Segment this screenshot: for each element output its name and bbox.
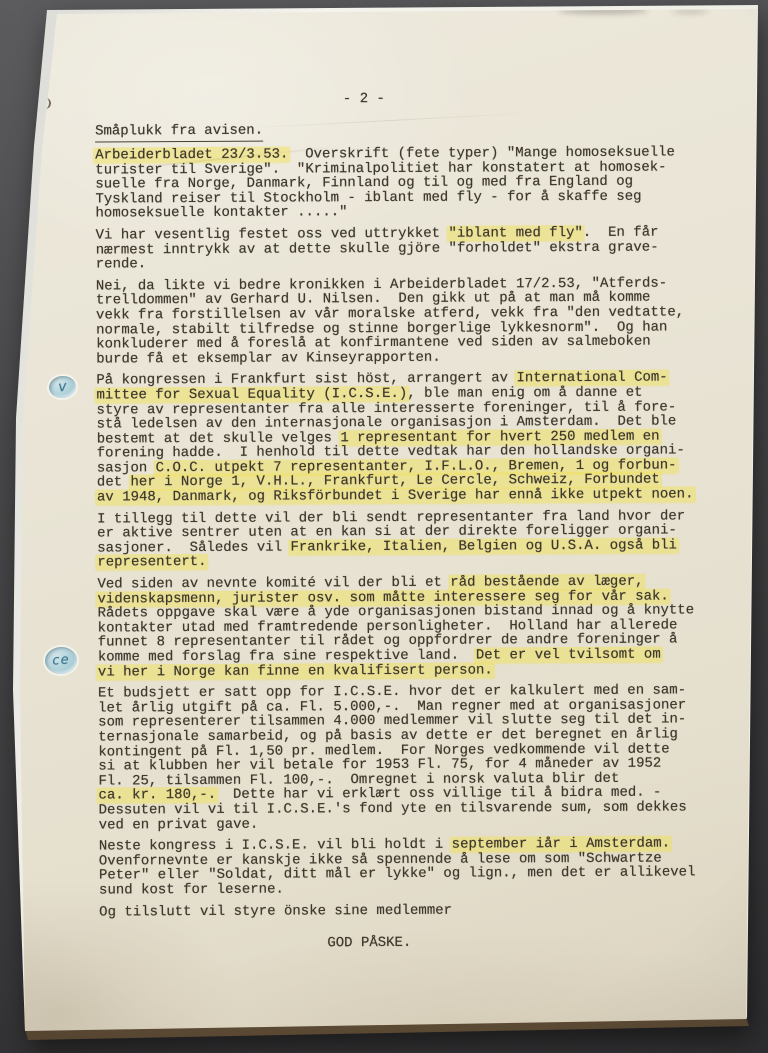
document-heading: Småplukk fra avisen. <box>95 123 263 143</box>
text-line: vi her i Norge kan finne en kvalifisert … <box>98 662 720 680</box>
annotation-letter: v <box>58 379 68 396</box>
text-segment: nærmest inntrykk av at dette skulle gjör… <box>96 239 659 258</box>
document-body: Arbeiderbladet 23/3.53. Overskrift (fete… <box>95 145 721 952</box>
paragraph: Og tilslutt vil styre önske sine medlemm… <box>99 902 721 920</box>
annotation-letter: ce <box>52 652 70 668</box>
highlighted-segment: Det er vel tvilsomt om <box>474 647 663 664</box>
paragraph: I tillegg til dette vil der bli sendt re… <box>97 509 719 571</box>
text-segment: homoseksuelle kontakter ....." <box>95 205 347 222</box>
paragraph: Et budsjett er satt opp for I.C.S.E. hvo… <box>98 683 721 832</box>
text-line: Og tilslutt vil styre önske sine medlemm… <box>99 902 721 920</box>
paragraph: På kongressen i Frankfurt sist höst, arr… <box>96 371 719 506</box>
highlighted-segment: av 1948, Danmark, og Riksförbundet i Sve… <box>95 486 696 505</box>
text-line: av 1948, Danmark, og Riksförbundet i Sve… <box>97 487 719 505</box>
paper-stack: - 2 - Småplukk fra avisen. Arbeiderblade… <box>0 0 768 1053</box>
scanned-document-photo: - 2 - Småplukk fra avisen. Arbeiderblade… <box>0 0 768 1053</box>
text-line: nærmest inntrykk av at dette skulle gjör… <box>96 240 718 258</box>
text-line: sund kost for leserne. <box>99 880 721 898</box>
text-line: Dessuten vil vi til I.C.S.E.'s fond yte … <box>99 800 721 818</box>
text-segment: Og tilslutt vil styre önske sine medlemm… <box>99 902 452 920</box>
text-line: ved en privat gave. <box>99 815 721 833</box>
text-line: burde få et eksemplar av Kinseyrapporten… <box>96 349 718 367</box>
highlighted-segment: representert. <box>95 554 208 571</box>
paragraph: Nei, da likte vi bedre kronikken i Arbei… <box>96 276 718 367</box>
text-line: representert. <box>97 553 719 571</box>
typewritten-text-layer: - 2 - Småplukk fra avisen. Arbeiderblade… <box>0 0 768 1053</box>
paragraph: Arbeiderbladet 23/3.53. Overskrift (fete… <box>95 145 717 221</box>
paragraph: Neste kongress i I.C.S.E. vil bli holdt … <box>99 836 721 898</box>
text-segment: rende. <box>96 256 147 272</box>
text-segment: ved en privat gave. <box>99 816 259 833</box>
paragraph: Ved siden av nevnte komité vil der bli e… <box>97 574 720 679</box>
text-line: Peter" eller "Soldat, ditt mål er lykke"… <box>99 866 721 884</box>
paper-page: - 2 - Småplukk fra avisen. Arbeiderblade… <box>0 0 768 1053</box>
text-segment: burde få et eksemplar av Kinseyrapporten… <box>96 349 441 367</box>
highlighted-segment: vi her i Norge kan finne en kvalifisert … <box>96 662 495 680</box>
paragraph: Vi har vesentlig festet oss ved uttrykke… <box>96 225 718 272</box>
text-segment: sund kost for leserne. <box>99 881 284 898</box>
page-number: - 2 - <box>343 91 385 107</box>
signoff: GOD PÅSKE. <box>327 934 721 951</box>
highlighted-segment: Frankrike, Italien, Belgien og U.S.A. og… <box>288 537 679 555</box>
text-line: homoseksuelle kontakter ....." <box>95 204 717 222</box>
text-segment: Dessuten vil vi til I.C.S.E.'s fond yte … <box>99 799 687 818</box>
